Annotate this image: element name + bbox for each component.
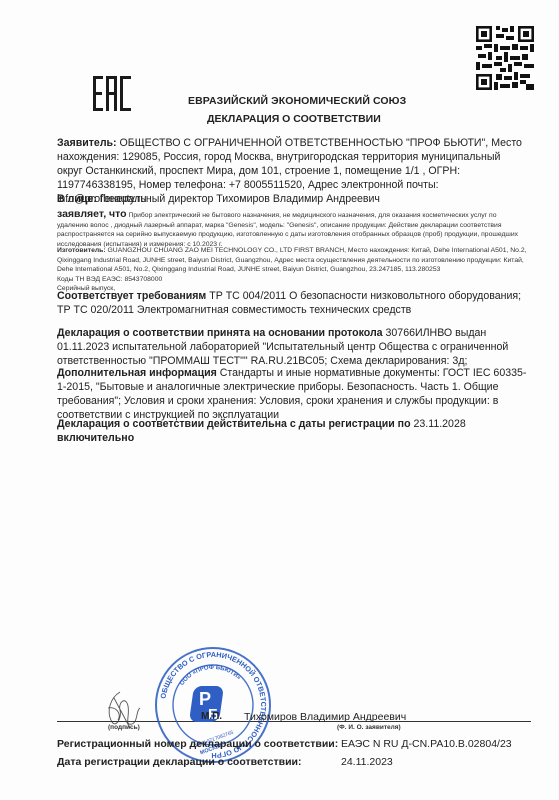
registration-number-label: Регистрационный номер декларации о соотв…: [57, 738, 338, 750]
represented-text: Генеральный директор Тихомиров Владимир …: [97, 193, 380, 205]
svg-text:ООО «ПРОФ БЬЮТИ»: ООО «ПРОФ БЬЮТИ»: [179, 665, 242, 687]
complies-label: Соответствует требованиям: [57, 290, 206, 302]
name-caption: (Ф. И. О. заявителя): [337, 724, 401, 731]
declares-text: Прибор электрический не бытового назначе…: [57, 212, 518, 248]
additional-info-section: Дополнительная информация Стандарты и ин…: [57, 366, 527, 422]
registration-date-label: Дата регистрации декларации о соответств…: [57, 756, 302, 768]
validity-suffix: включительно: [57, 432, 134, 444]
declares-label: заявляет, что: [57, 208, 127, 220]
applicant-label: Заявитель:: [57, 137, 117, 149]
signatory-name: Тихомиров Владимир Андреевич: [244, 711, 406, 723]
represented-section: В лице: Генеральный директор Тихомиров В…: [57, 192, 527, 206]
hs-code: Коды ТН ВЭД ЕАЭС: 8543708000: [57, 275, 527, 285]
registration-date: 24.11.2023: [341, 756, 393, 768]
qr-code-icon[interactable]: [476, 26, 534, 90]
validity-label: Декларация о соответствии действительна …: [57, 418, 411, 430]
manufacturer-section: Изготовитель: GUANGZHOU CHUANG ZAO MEI T…: [57, 246, 527, 294]
document-title: ДЕКЛАРАЦИЯ О СООТВЕТСТВИИ: [207, 113, 381, 125]
union-title: ЕВРАЗИЙСКИЙ ЭКОНОМИЧЕСКИЙ СОЮЗ: [188, 95, 406, 107]
eac-logo-icon: [93, 76, 131, 111]
basis-section: Декларация о соответствии принята на осн…: [57, 326, 527, 368]
manufacturer-text: GUANGZHOU CHUANG ZAO MEI TECHNOLOGY CO.,…: [57, 247, 527, 273]
signature-caption: (подпись): [108, 724, 140, 731]
additional-info-label: Дополнительная информация: [57, 367, 217, 379]
declares-section: заявляет, что Прибор электрический не бы…: [57, 210, 527, 249]
validity-date: 23.11.2028: [411, 418, 466, 430]
validity-section: Декларация о соответствии действительна …: [57, 417, 527, 445]
mp-label: М.П.: [201, 711, 222, 722]
represented-label: В лице:: [57, 193, 97, 205]
registration-number: ЕАЭС N RU Д-CN.PA10.B.02804/23: [341, 738, 512, 750]
manufacturer-label: Изготовитель:: [57, 247, 106, 254]
complies-section: Соответствует требованиям ТР ТС 004/2011…: [57, 289, 527, 317]
basis-label: Декларация о соответствии принята на осн…: [57, 327, 383, 339]
declaration-page: ЕВРАЗИЙСКИЙ ЭКОНОМИЧЕСКИЙ СОЮЗ ДЕКЛАРАЦИ…: [0, 0, 559, 800]
